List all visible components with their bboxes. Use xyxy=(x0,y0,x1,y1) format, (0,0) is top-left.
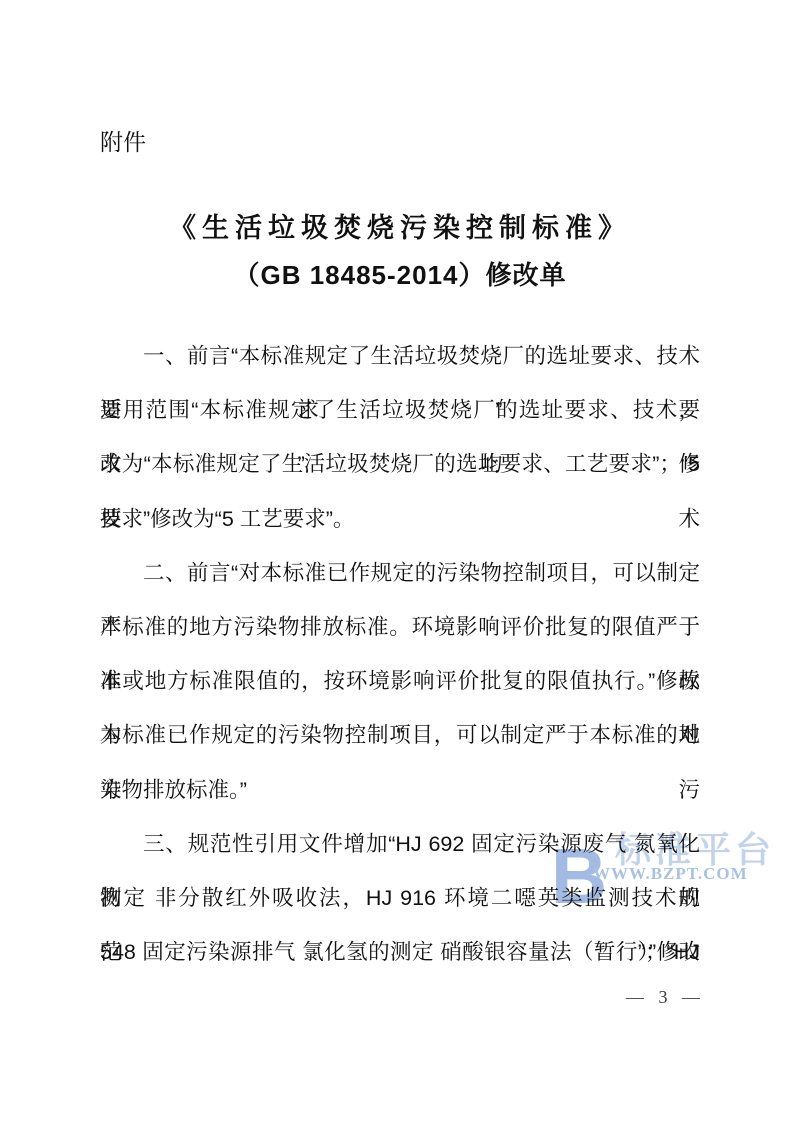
document-body: 一、前言“本标准规定了生活垃圾焚烧厂的选址要求、技术要求”， 适用范围“本标准规… xyxy=(100,329,700,979)
body-line: 本标准已作规定的污染物控制项目，可以制定严于本标准的地方污 xyxy=(100,708,700,762)
body-line: 测定 非分散红外吸收法，HJ 916 环境二噁英类监测技术规范”；“HJ xyxy=(100,871,700,925)
document-title: 《生活垃圾焚烧污染控制标准》 xyxy=(100,206,700,245)
body-line: 改为“本标准规定了生活垃圾焚烧厂的选址要求、工艺要求”；“5 技术 xyxy=(100,437,700,491)
page-number: — 3 — xyxy=(626,987,700,1008)
body-line: 二、前言“对本标准已作规定的污染物控制项目，可以制定严于 xyxy=(100,546,700,600)
document-content: 附件 《生活垃圾焚烧污染控制标准》 （GB 18485-2014）修改单 一、前… xyxy=(0,0,800,1131)
body-line: 适用范围“本标准规定了生活垃圾焚烧厂的选址要求、技术要求”均修 xyxy=(100,383,700,437)
document-subtitle: （GB 18485-2014）修改单 xyxy=(100,255,700,292)
document-page: B 标准平台 WWW.BZPT.COM 附件 《生活垃圾焚烧污染控制标准》 （G… xyxy=(0,0,800,1131)
body-line: 一、前言“本标准规定了生活垃圾焚烧厂的选址要求、技术要求”， xyxy=(100,329,700,383)
body-line: 三、规范性引用文件增加“HJ 692 固定污染源废气 氮氧化物的 xyxy=(100,817,700,871)
attachment-label: 附件 xyxy=(100,124,146,157)
body-line: 准或地方标准限值的，按环境影响评价批复的限值执行。”修改为“对 xyxy=(100,654,700,708)
body-line: 548 固定污染源排气 氯化氢的测定 硝酸银容量法（暂行）”修改 xyxy=(100,925,700,979)
body-line: 本标准的地方污染物排放标准。环境影响评价批复的限值严于本标 xyxy=(100,600,700,654)
